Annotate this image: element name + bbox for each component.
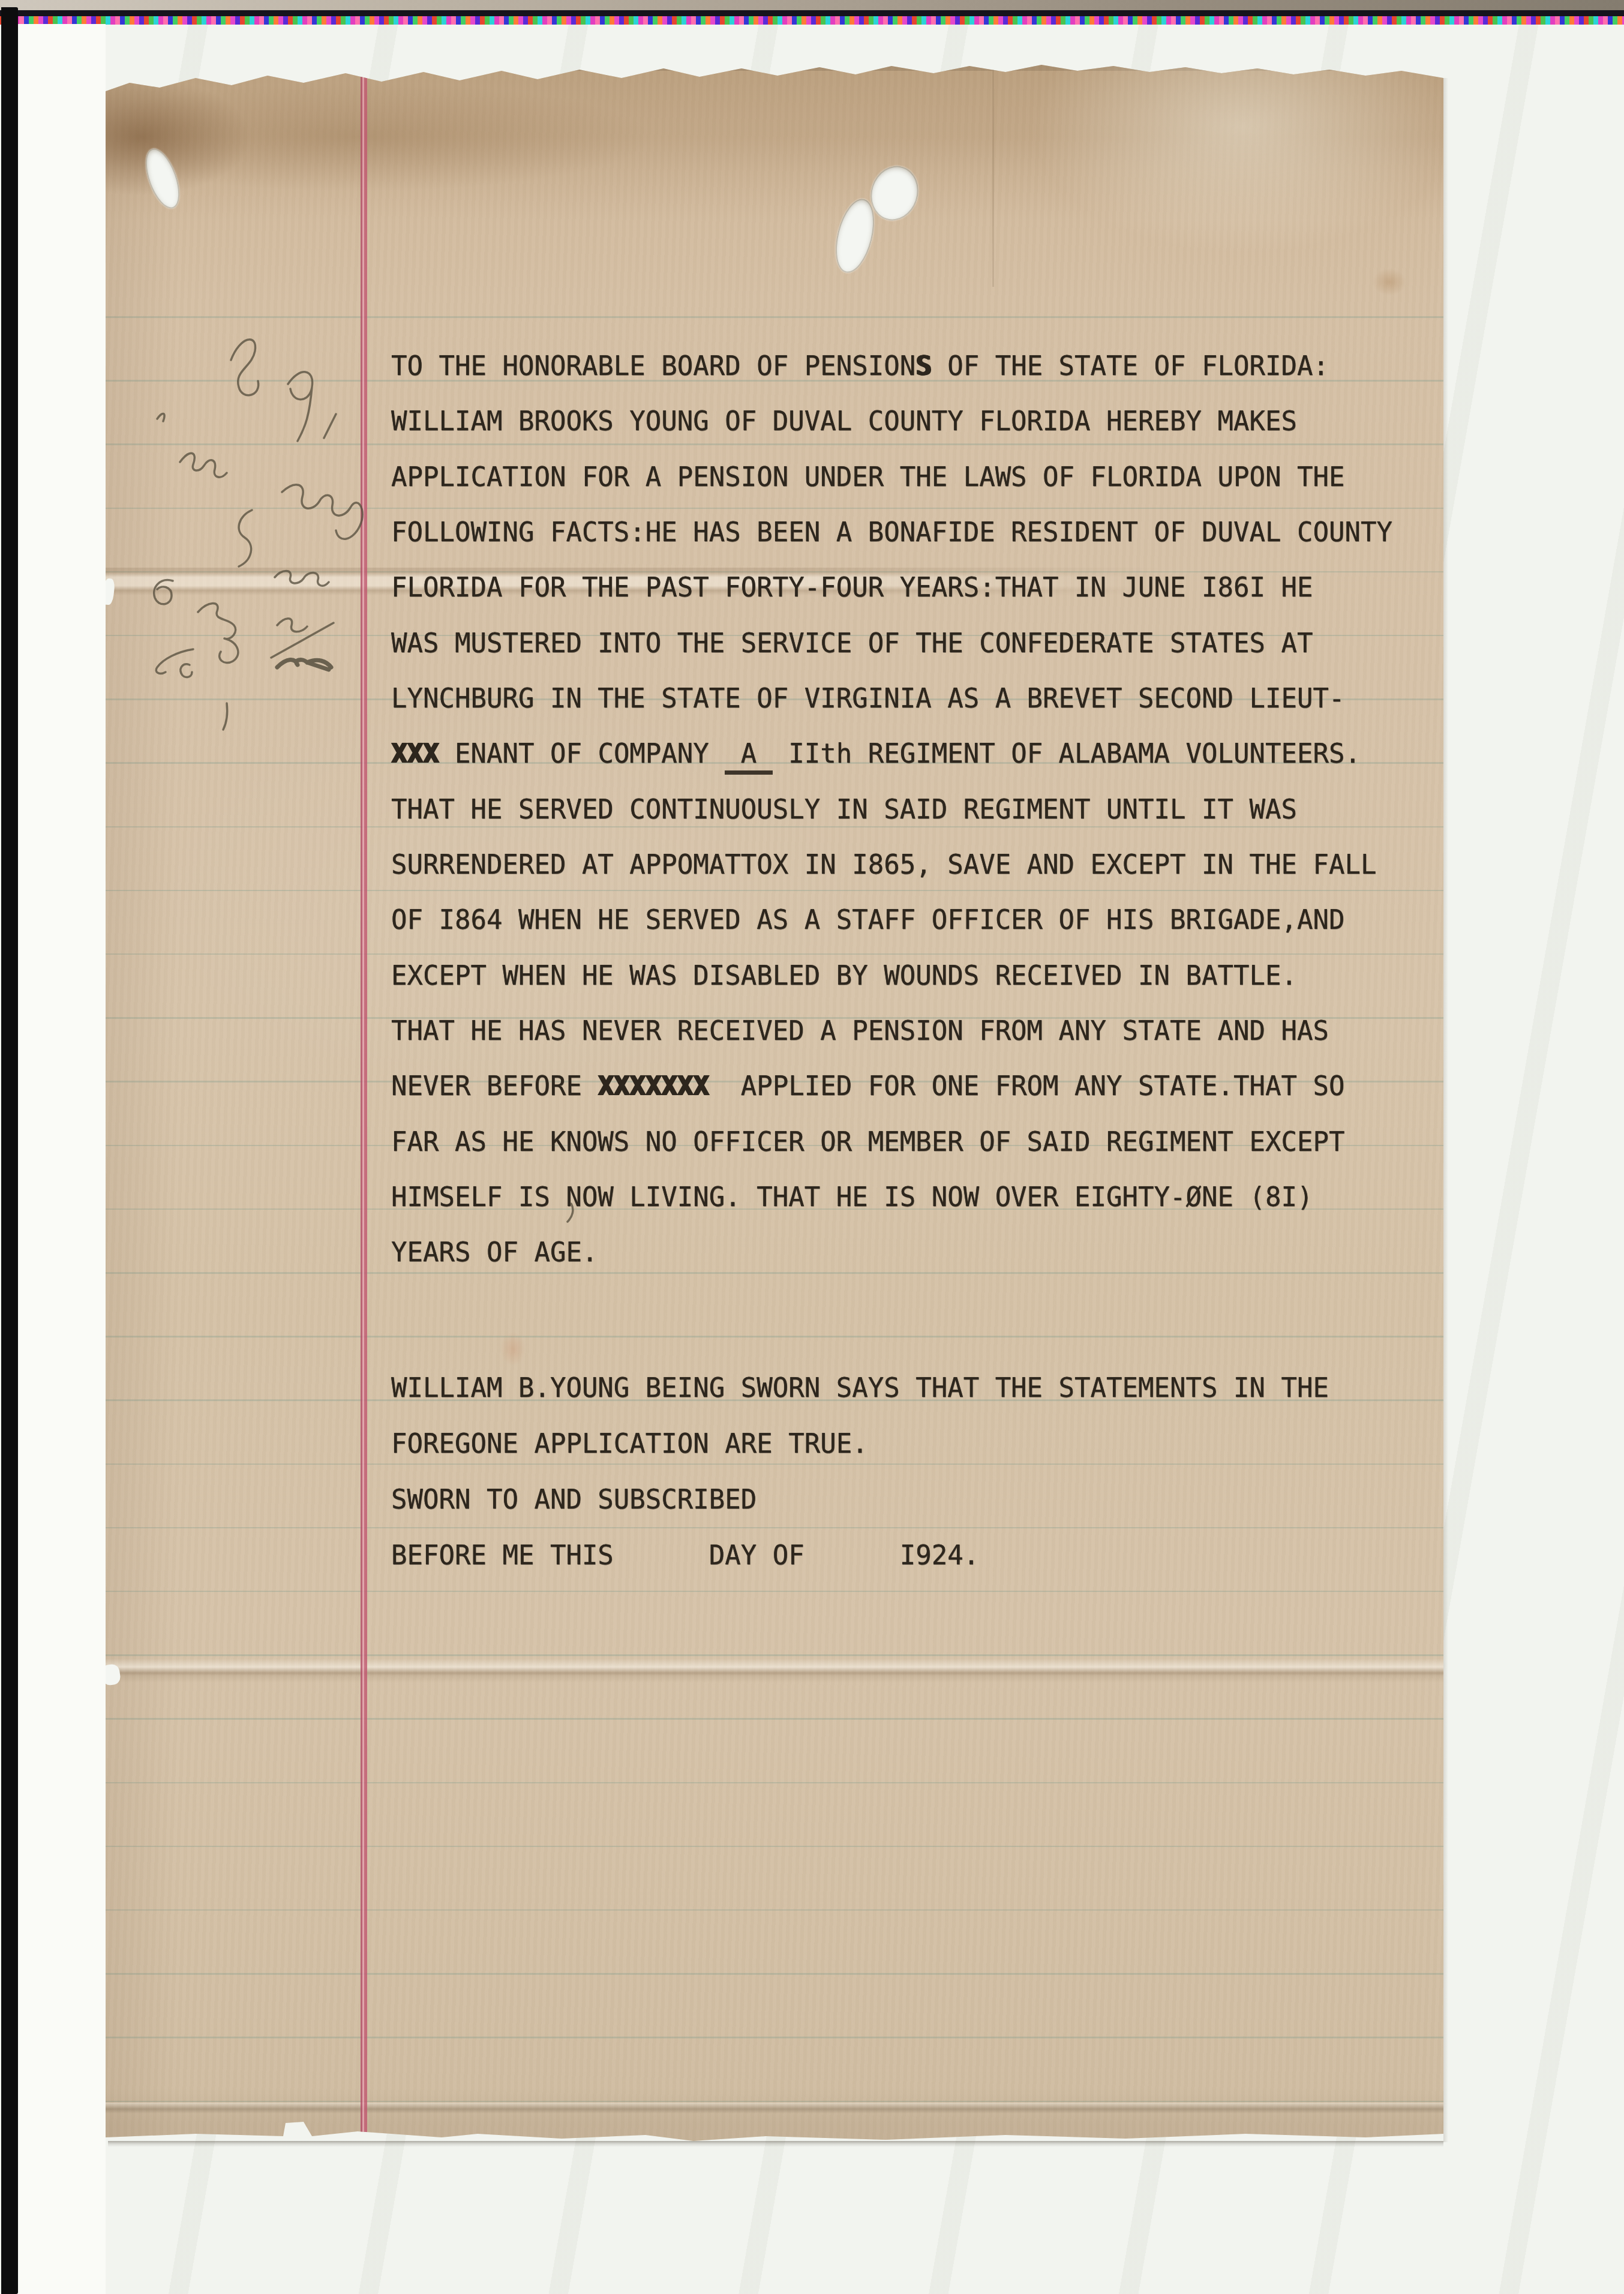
typed-text: THAT HE SERVED CONTINUOUSLY IN SAID REGI… (391, 794, 1297, 825)
typed-text: WILLIAM BROOKS YOUNG OF DUVAL COUNTY FLO… (391, 406, 1297, 437)
typed-line-sworn-date: BEFORE ME THIS DAY OF I924. (391, 1542, 979, 1570)
typed-text: APPLIED FOR ONE FROM ANY STATE.THAT SO (709, 1071, 1345, 1102)
typed-text: WAS MUSTERED INTO THE SERVICE OF THE CON… (391, 628, 1313, 659)
typed-line-affidavit: WILLIAM B.YOUNG BEING SWORN SAYS THAT TH… (391, 1374, 1329, 1403)
paper-right-shadow (1443, 78, 1448, 2142)
scanner-calibration-strip (0, 16, 1624, 25)
typed-text: HIMSELF IS NOW LIVING. THAT HE IS NOW OV… (391, 1182, 1313, 1213)
typed-line: APPLICATION FOR A PENSION UNDER THE LAWS… (391, 463, 1344, 492)
typed-line: HIMSELF IS NOW LIVING. THAT HE IS NOW OV… (391, 1183, 1313, 1212)
typed-text: FLORIDA FOR THE PAST FORTY-FOUR YEARS:TH… (391, 572, 1313, 603)
underlined-company-letter: A (725, 739, 772, 775)
typed-line-never-before: NEVER BEFORE XXXXXXX APPLIED FOR ONE FRO… (391, 1072, 1344, 1101)
typed-text: IIth REGIMENT OF ALABAMA VOLUNTEERS. (773, 739, 1361, 769)
typed-text: THAT HE HAS NEVER RECEIVED A PENSION FRO… (391, 1016, 1329, 1046)
typed-line: SURRENDERED AT APPOMATTOX IN I865, SAVE … (391, 851, 1376, 880)
typed-text: YEARS OF AGE. (391, 1237, 598, 1268)
typed-line: OF I864 WHEN HE SERVED AS A STAFF OFFICE… (391, 906, 1344, 935)
overstruck-text: XXXXXXX (598, 1071, 709, 1102)
typed-line: THAT HE HAS NEVER RECEIVED A PENSION FRO… (391, 1017, 1329, 1046)
typed-line-affidavit: SWORN TO AND SUBSCRIBED (391, 1486, 757, 1515)
scan-edge-noise (0, 0, 1624, 10)
typed-line-affidavit: FOREGONE APPLICATION ARE TRUE. (391, 1430, 868, 1459)
typed-line-company: XXX ENANT OF COMPANY A IIth REGIMENT OF … (391, 740, 1361, 769)
typed-text: APPLICATION FOR A PENSION UNDER THE LAWS… (391, 462, 1344, 493)
typed-text: FAR AS HE KNOWS NO OFFICER OR MEMBER OF … (391, 1127, 1344, 1158)
typed-text: TO THE HONORABLE BOARD OF PENSION (391, 351, 915, 382)
typed-text: FOLLOWING FACTS:HE HAS BEEN A BONAFIDE R… (391, 517, 1392, 548)
typed-text: OF THE STATE OF FLORIDA: (932, 351, 1329, 382)
typed-line: WAS MUSTERED INTO THE SERVICE OF THE CON… (391, 629, 1313, 658)
typed-text: FOREGONE APPLICATION ARE TRUE. (391, 1429, 868, 1459)
scan-bed-left-band (18, 24, 106, 2294)
typed-line: YEARS OF AGE. (391, 1239, 598, 1267)
paper-fold-streak (992, 65, 994, 287)
typed-text: LYNCHBURG IN THE STATE OF VIRGINIA AS A … (391, 683, 1344, 714)
typed-line: EXCEPT WHEN HE WAS DISABLED BY WOUNDS RE… (391, 962, 1297, 991)
typed-text: OF I864 WHEN HE SERVED AS A STAFF OFFICE… (391, 905, 1344, 935)
typed-text: BEFORE ME THIS DAY OF I924. (391, 1540, 979, 1571)
typed-text: SWORN TO AND SUBSCRIBED (391, 1485, 757, 1515)
typed-text: WILLIAM B.YOUNG BEING SWORN SAYS THAT TH… (391, 1373, 1329, 1404)
typed-line: WILLIAM BROOKS YOUNG OF DUVAL COUNTY FLO… (391, 407, 1297, 436)
typed-line-salutation: TO THE HONORABLE BOARD OF PENSIONS OF TH… (391, 352, 1329, 381)
typed-text: SURRENDERED AT APPOMATTOX IN I865, SAVE … (391, 850, 1376, 880)
typed-line: FOLLOWING FACTS:HE HAS BEEN A BONAFIDE R… (391, 518, 1392, 547)
paper-bottom-shadow (108, 2141, 1443, 2147)
typed-line: FAR AS HE KNOWS NO OFFICER OR MEMBER OF … (391, 1128, 1344, 1157)
typed-line: FLORIDA FOR THE PAST FORTY-FOUR YEARS:TH… (391, 574, 1313, 602)
overstruck-text: S (915, 351, 932, 382)
typed-text: NEVER BEFORE (391, 1071, 598, 1102)
red-margin-line (361, 65, 367, 2142)
scan-edge-shadow (0, 10, 1624, 16)
typed-line: THAT HE SERVED CONTINUOUSLY IN SAID REGI… (391, 796, 1297, 824)
paper-hole (139, 144, 186, 212)
typed-line: LYNCHBURG IN THE STATE OF VIRGINIA AS A … (391, 685, 1344, 713)
document-paper: TO THE HONORABLE BOARD OF PENSIONS OF TH… (106, 65, 1443, 2142)
scan-black-margin-bar (1, 7, 18, 2294)
typed-text: ENANT OF COMPANY (439, 739, 725, 769)
overstruck-text: XXX (391, 739, 439, 769)
typed-text: EXCEPT WHEN HE WAS DISABLED BY WOUNDS RE… (391, 961, 1297, 991)
